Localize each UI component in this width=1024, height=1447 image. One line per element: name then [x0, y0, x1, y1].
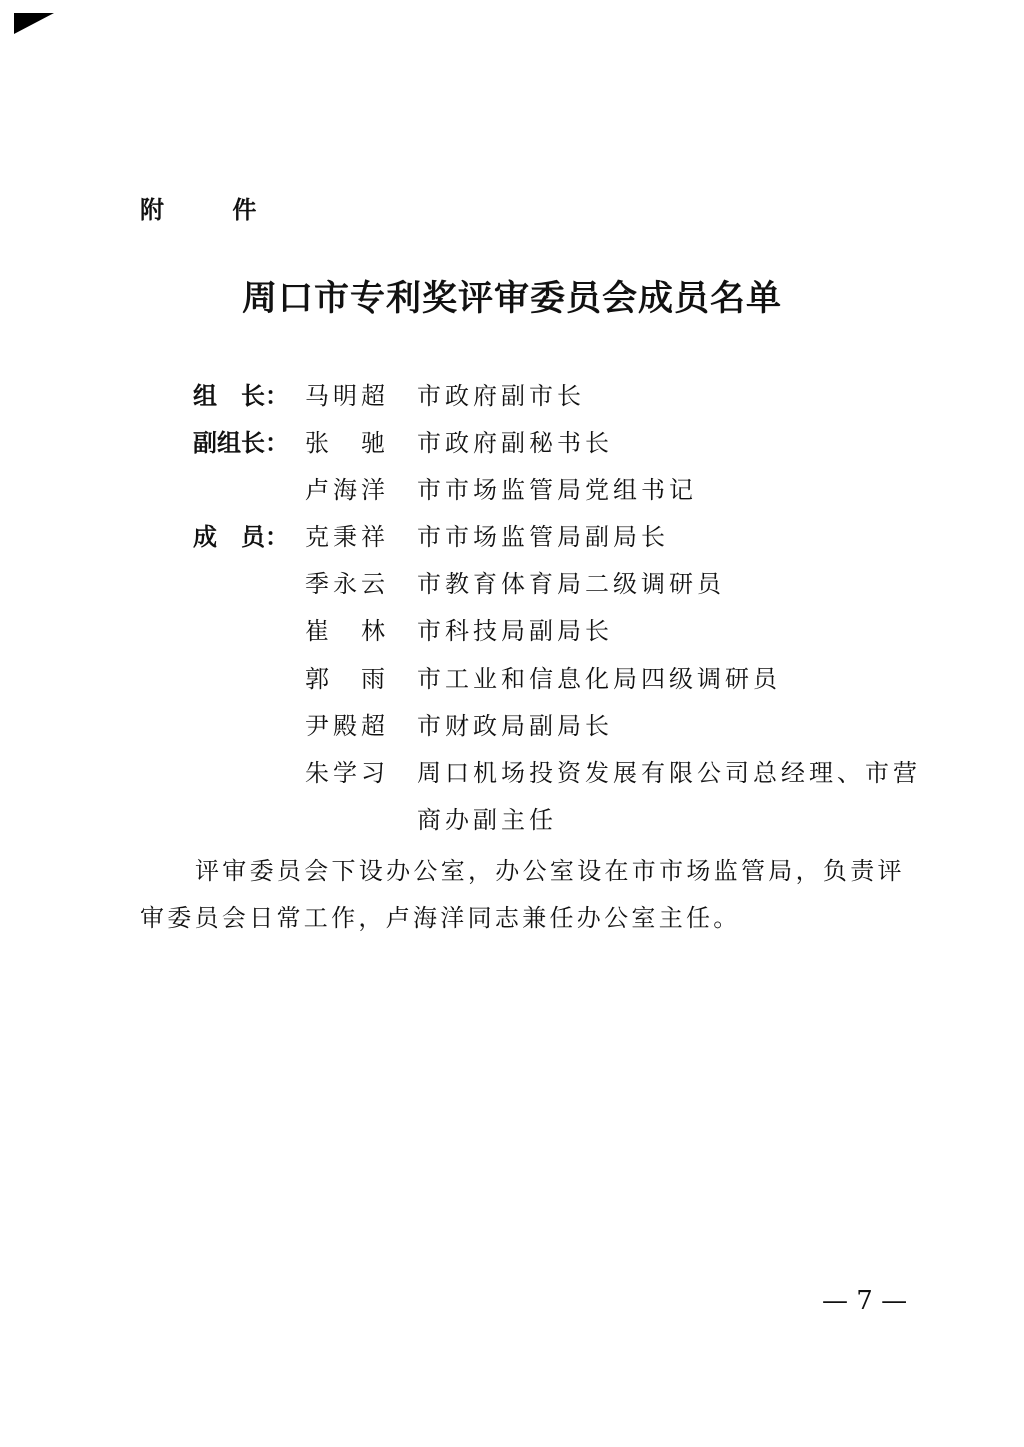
- member-name: 郭 雨: [305, 664, 395, 694]
- member-position: 市工业和信息化局四级调研员: [417, 664, 781, 694]
- office-paragraph: 评审委员会下设办公室，办公室设在市市场监管局，负责评审委员会日常工作，卢海洋同志…: [140, 848, 910, 942]
- member-name: 尹殿超: [305, 711, 395, 741]
- member-name: 季永云: [305, 569, 395, 599]
- page-number: — 7 —: [822, 1286, 907, 1316]
- attachment-label: 附 件: [140, 190, 286, 225]
- member-name: 马明超: [305, 381, 395, 411]
- document-title: 周口市专利奖评审委员会成员名单: [0, 271, 1024, 321]
- member-position: 周口机场投资发展有限公司总经理、市营: [417, 758, 921, 788]
- member-role: 副组长：: [193, 428, 303, 458]
- member-position: 市政府副市长: [417, 381, 585, 411]
- member-name: 克秉祥: [305, 522, 395, 552]
- member-position: 商办副主任: [417, 805, 557, 835]
- member-name: 张 驰: [305, 428, 395, 458]
- member-name: 朱学习: [305, 758, 395, 788]
- member-position: 市科技局副局长: [417, 616, 613, 646]
- member-role: 成 员：: [193, 522, 303, 552]
- scan-corner-mark: [14, 13, 54, 34]
- member-name: 崔 林: [305, 616, 395, 646]
- member-position: 市财政局副局长: [417, 711, 613, 741]
- member-role: 组 长：: [193, 381, 303, 411]
- member-position: 市政府副秘书长: [417, 428, 613, 458]
- member-position: 市市场监管局副局长: [417, 522, 669, 552]
- member-name: 卢海洋: [305, 475, 395, 505]
- member-position: 市市场监管局党组书记: [417, 475, 697, 505]
- member-position: 市教育体育局二级调研员: [417, 569, 725, 599]
